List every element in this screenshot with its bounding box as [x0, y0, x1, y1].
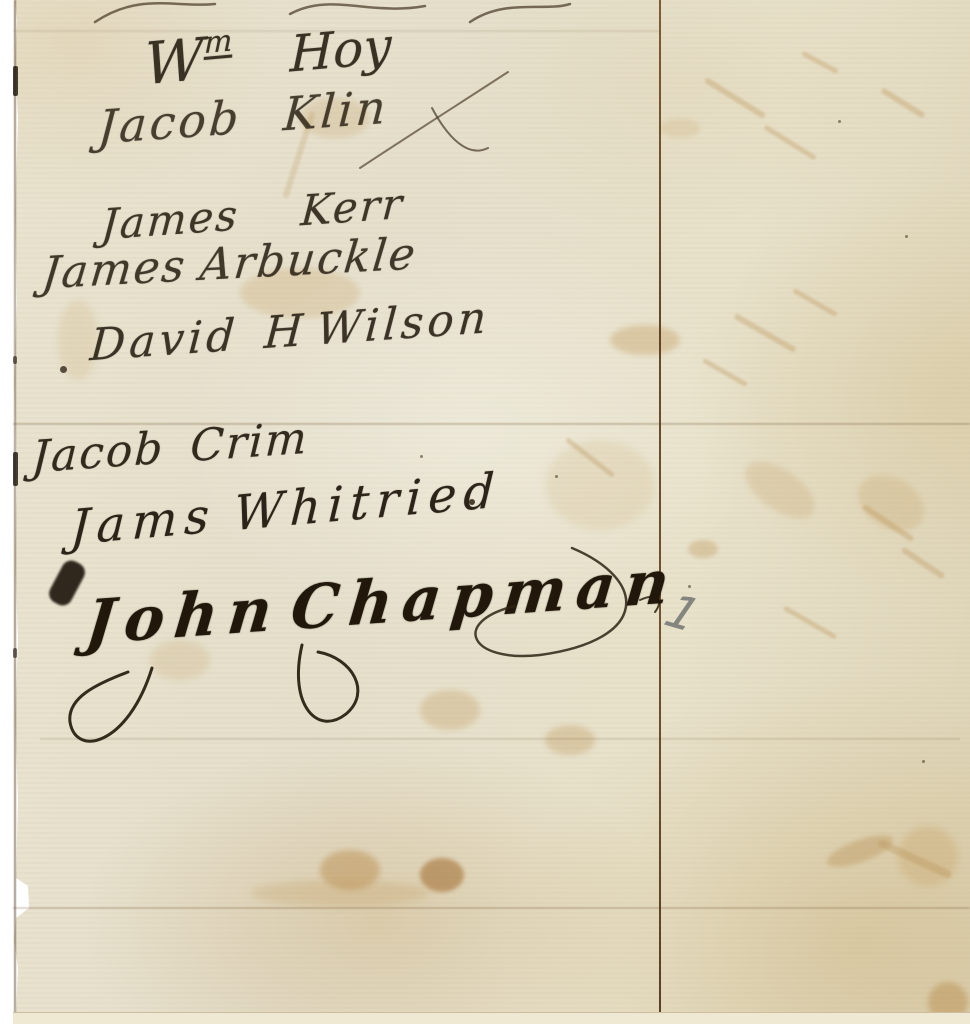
signature-text: James	[40, 240, 189, 299]
ink-dot-before-david	[60, 366, 67, 373]
signature-text: Hoy	[289, 16, 392, 83]
signature-text: Jacob	[30, 423, 166, 484]
signature-text: John	[83, 574, 286, 658]
paper-bottom-edge	[13, 1012, 970, 1024]
signature-text: H	[263, 305, 309, 359]
signature-text: W	[144, 25, 205, 99]
paper-left-edge	[14, 0, 16, 1024]
signature-text: David	[88, 310, 240, 372]
stain-blot	[610, 325, 680, 355]
stain-blot	[688, 540, 718, 558]
fold-crease	[13, 907, 970, 909]
signature-text: Crim	[189, 413, 310, 473]
fold-crease	[40, 738, 960, 740]
ink-speck	[420, 455, 423, 458]
signature-text: Jacob	[96, 90, 243, 154]
edge-ink-mark	[13, 356, 17, 364]
stain-blot	[420, 858, 464, 892]
ink-speck	[922, 760, 925, 763]
vertical-rule-line	[659, 0, 661, 1024]
stain-blot	[545, 725, 595, 755]
ink-speck	[838, 120, 841, 123]
ink-speck	[555, 475, 558, 478]
stain-blot	[250, 880, 430, 906]
signature-superscript: m	[204, 23, 233, 61]
stain-blot	[660, 118, 700, 138]
ink-speck	[905, 235, 908, 238]
stain-blot	[420, 690, 480, 730]
signature-text: Klin	[282, 80, 391, 142]
stain-blot	[545, 440, 655, 530]
edge-ink-mark	[13, 452, 18, 486]
edge-ink-mark	[13, 648, 17, 658]
signature-text: Kerr	[299, 179, 405, 236]
scanned-page: WmHoy JacobKlin JamesKerr JamesArbuckle …	[0, 0, 970, 1024]
edge-ink-mark	[13, 66, 18, 96]
